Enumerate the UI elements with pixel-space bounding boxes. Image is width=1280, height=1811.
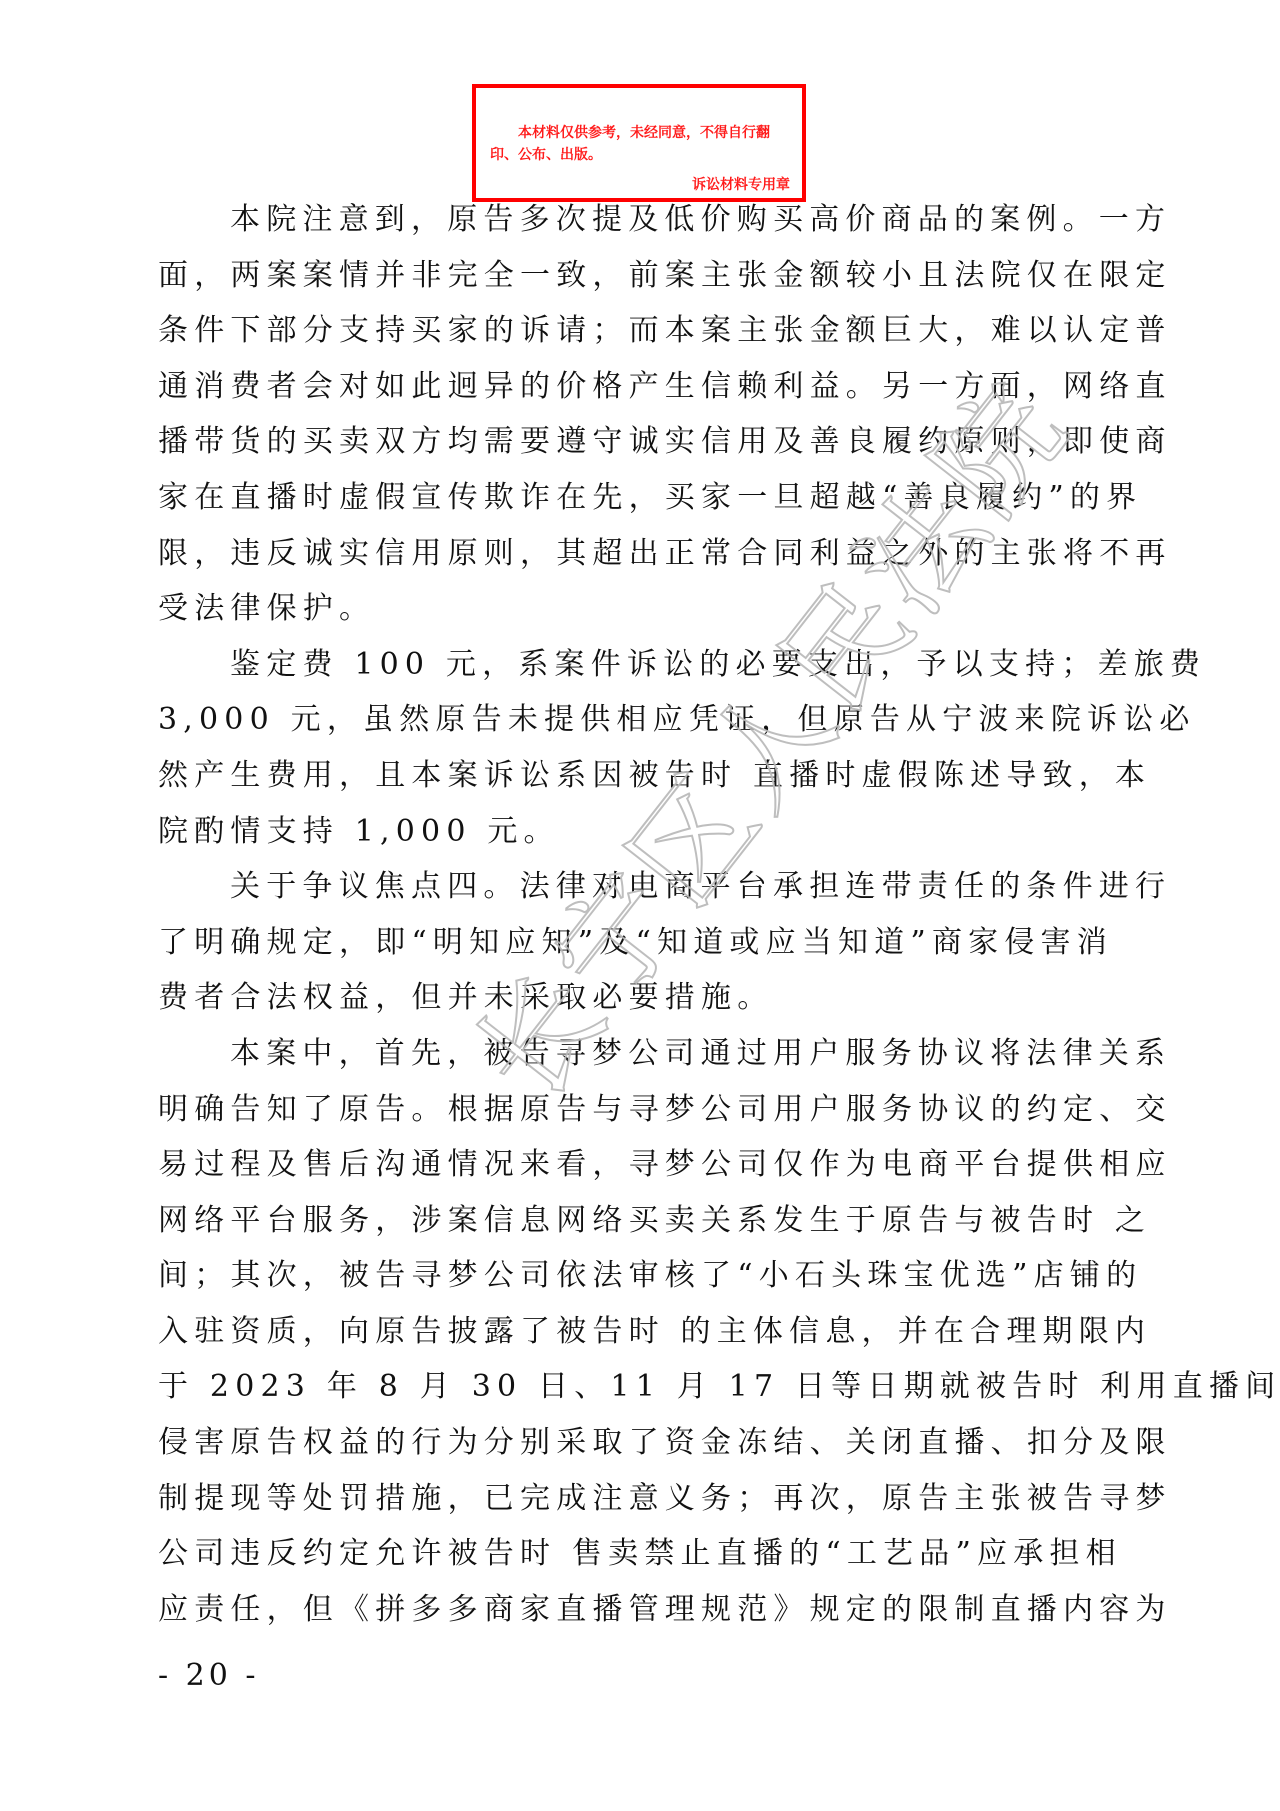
text-line: 通消费者会对如此迥异的价格产生信赖利益。另一方面，网络直 xyxy=(158,359,1130,415)
paragraph-dispute-focus-four: 关于争议焦点四。法律对电商平台承担连带责任的条件进行了明确规定，即“明知应知”及… xyxy=(158,859,1130,1026)
text-line: 然产生费用，且本案诉讼系因被告时 直播时虚假陈述导致，本 xyxy=(158,748,1130,804)
text-line: 侵害原告权益的行为分别采取了资金冻结、关闭直播、扣分及限 xyxy=(158,1415,1130,1471)
text-line: 应责任，但《拼多多商家直播管理规范》规定的限制直播内容为 xyxy=(158,1582,1130,1638)
stamp-signature: 诉讼材料专用章 xyxy=(692,174,790,194)
text-line: 费者合法权益，但并未采取必要措施。 xyxy=(158,970,1130,1026)
paragraph-fees: 鉴定费 100 元，系案件诉讼的必要支出，予以支持；差旅费3,000 元，虽然原… xyxy=(158,637,1130,859)
text-line: 限，违反诚实信用原则，其超出正常合同利益之外的主张将不再 xyxy=(158,526,1130,582)
text-line: 院酌情支持 1,000 元。 xyxy=(158,804,1130,860)
text-line: 鉴定费 100 元，系案件诉讼的必要支出，予以支持；差旅费 xyxy=(158,637,1130,693)
text-line: 制提现等处罚措施，已完成注意义务；再次，原告主张被告寻梦 xyxy=(158,1471,1130,1527)
text-line: 了明确规定，即“明知应知”及“知道或应当知道”商家侵害消 xyxy=(158,915,1130,971)
document-page: 本材料仅供参考，未经同意，不得自行翻印、公布、出版。 诉讼材料专用章 本院注意到… xyxy=(0,0,1280,1811)
text-line: 于 2023 年 8 月 30 日、11 月 17 日等日期就被告时 利用直播间 xyxy=(158,1359,1130,1415)
text-line: 关于争议焦点四。法律对电商平台承担连带责任的条件进行 xyxy=(158,859,1130,915)
text-line: 网络平台服务，涉案信息网络买卖关系发生于原告与被告时 之 xyxy=(158,1193,1130,1249)
text-line: 受法律保护。 xyxy=(158,581,1130,637)
text-line: 公司违反约定允许被告时 售卖禁止直播的“工艺品”应承担相 xyxy=(158,1526,1130,1582)
text-line: 3,000 元，虽然原告未提供相应凭证，但原告从宁波来院诉讼必 xyxy=(158,692,1130,748)
document-body: 本院注意到，原告多次提及低价购买高价商品的案例。一方面，两案案情并非完全一致，前… xyxy=(158,192,1130,1637)
paragraph-platform-duties: 本案中，首先，被告寻梦公司通过用户服务协议将法律关系明确告知了原告。根据原告与寻… xyxy=(158,1026,1130,1638)
page-number: - 20 - xyxy=(158,1658,260,1693)
text-line: 播带货的买卖双方均需要遵守诚实信用及善良履约原则，即使商 xyxy=(158,414,1130,470)
text-line: 间；其次，被告寻梦公司依法审核了“小石头珠宝优选”店铺的 xyxy=(158,1248,1130,1304)
litigation-material-stamp: 本材料仅供参考，未经同意，不得自行翻印、公布、出版。 诉讼材料专用章 xyxy=(472,84,806,202)
text-line: 条件下部分支持买家的诉请；而本案主张金额巨大，难以认定普 xyxy=(158,303,1130,359)
text-line: 明确告知了原告。根据原告与寻梦公司用户服务协议的约定、交 xyxy=(158,1082,1130,1138)
text-line: 家在直播时虚假宣传欺诈在先，买家一旦超越“善良履约”的界 xyxy=(158,470,1130,526)
text-line: 易过程及售后沟通情况来看，寻梦公司仅作为电商平台提供相应 xyxy=(158,1137,1130,1193)
paragraph-reliance-interest: 本院注意到，原告多次提及低价购买高价商品的案例。一方面，两案案情并非完全一致，前… xyxy=(158,192,1130,637)
stamp-notice: 本材料仅供参考，未经同意，不得自行翻印、公布、出版。 xyxy=(490,122,792,166)
text-line: 本案中，首先，被告寻梦公司通过用户服务协议将法律关系 xyxy=(158,1026,1130,1082)
text-line: 面，两案案情并非完全一致，前案主张金额较小且法院仅在限定 xyxy=(158,248,1130,304)
text-line: 入驻资质，向原告披露了被告时 的主体信息，并在合理期限内 xyxy=(158,1304,1130,1360)
text-line: 本院注意到，原告多次提及低价购买高价商品的案例。一方 xyxy=(158,192,1130,248)
